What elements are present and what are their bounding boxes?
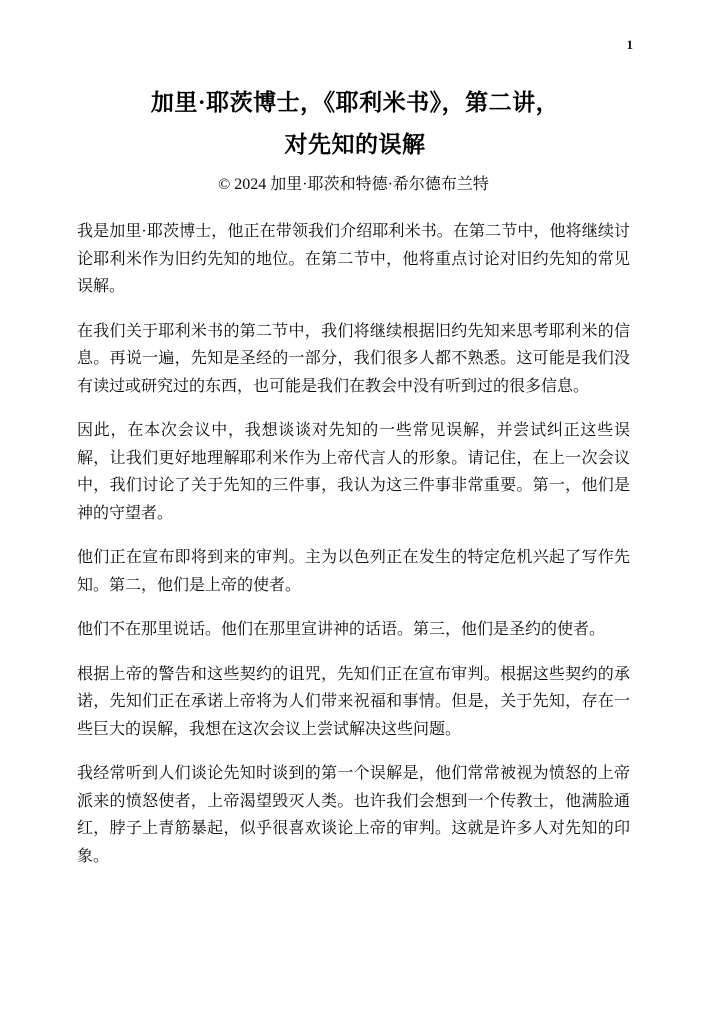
document-title: 加里·耶茨博士，《耶利米书》，第二讲， 对先知的误解 xyxy=(62,82,648,166)
body-paragraph-6: 根据上帝的警告和这些契约的诅咒，先知们正在宣布审判。根据这些契约的承诺，先知们正… xyxy=(77,661,630,744)
body-paragraph-7: 我经常听到人们谈论先知时谈到的第一个误解是，他们常常被视为愤怒的上帝派来的愤怒使… xyxy=(77,760,630,870)
document-body: 我是加里·耶茨博士，他正在带领我们介绍耶利米书。在第二节中，他将继续讨论耶利米作… xyxy=(77,218,630,887)
body-paragraph-3: 因此，在本次会议中，我想谈谈对先知的一些常见误解，并尝试纠正这些误解，让我们更好… xyxy=(77,417,630,527)
body-paragraph-4: 他们正在宣布即将到来的审判。主为以色列正在发生的特定危机兴起了写作先知。第二，他… xyxy=(77,544,630,599)
copyright-line: © 2024 加里·耶茨和特德·希尔德布兰特 xyxy=(77,171,630,194)
page-number: 1 xyxy=(77,37,633,53)
title-line-1: 加里·耶茨博士，《耶利米书》，第二讲， xyxy=(62,82,648,124)
body-paragraph-1: 我是加里·耶茨博士，他正在带领我们介绍耶利米书。在第二节中，他将继续讨论耶利米作… xyxy=(77,218,630,301)
body-paragraph-5: 他们不在那里说话。他们在那里宣讲神的话语。第三，他们是圣约的使者。 xyxy=(77,616,630,644)
document-page: 1 加里·耶茨博士，《耶利米书》，第二讲， 对先知的误解 © 2024 加里·耶… xyxy=(0,0,724,1024)
body-paragraph-2: 在我们关于耶利米书的第二节中，我们将继续根据旧约先知来思考耶利米的信息。再说一遍… xyxy=(77,318,630,401)
title-line-2: 对先知的误解 xyxy=(62,124,648,166)
